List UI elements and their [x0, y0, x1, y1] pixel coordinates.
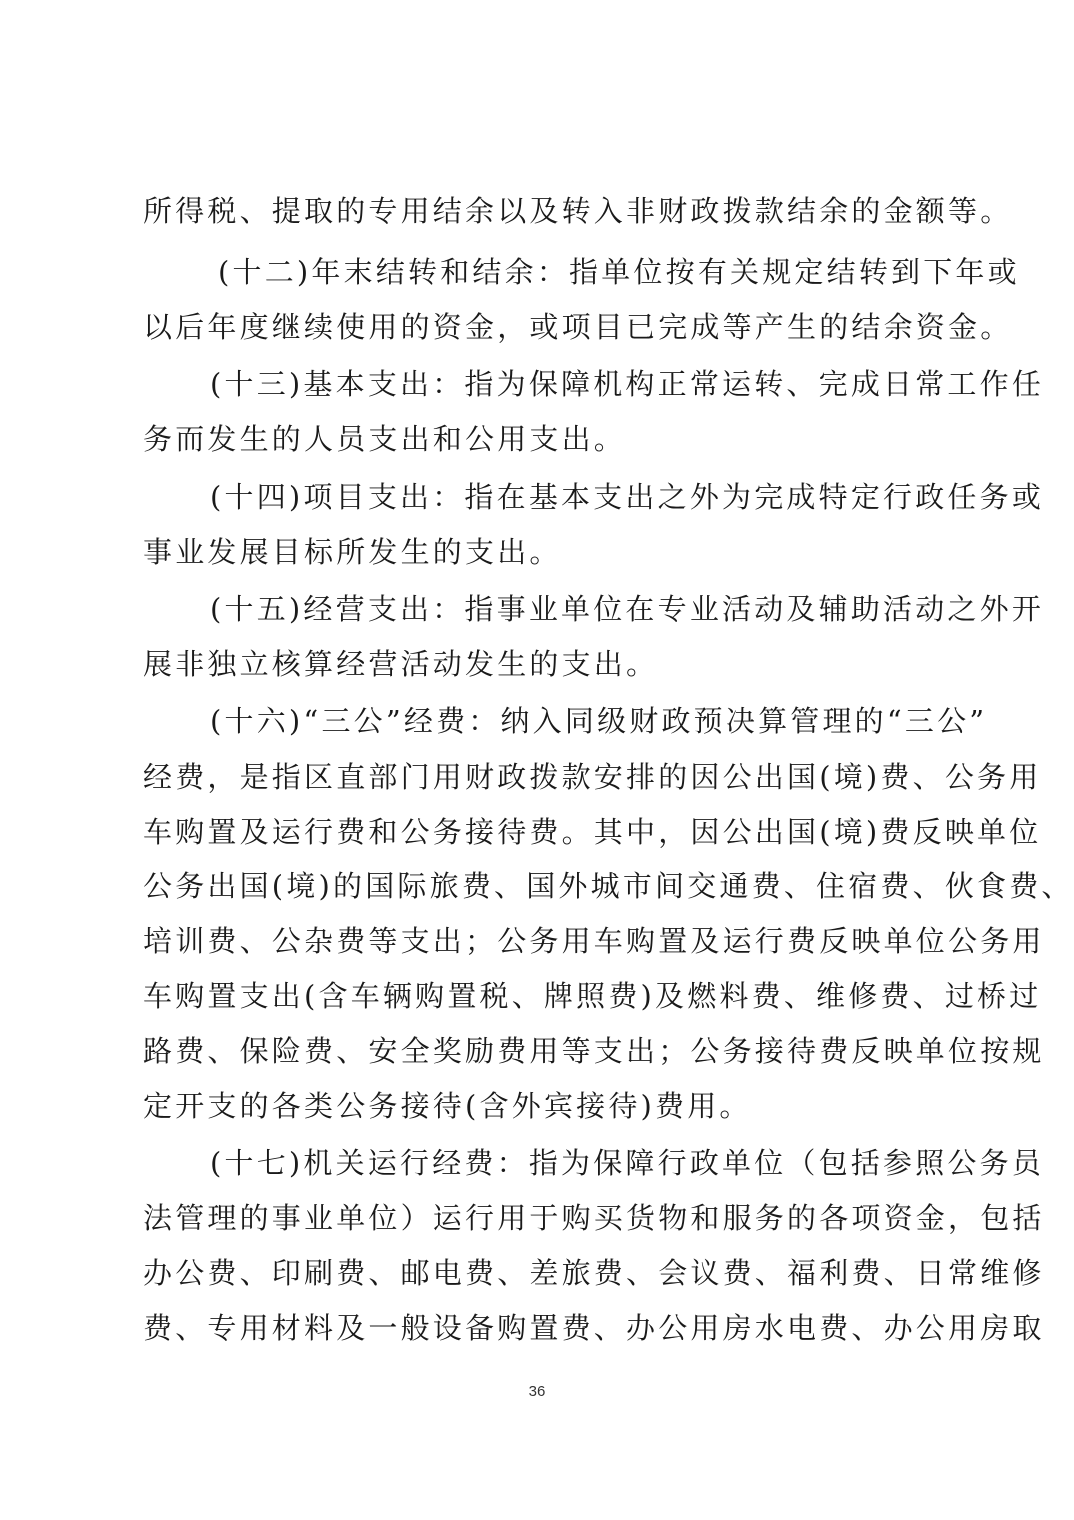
- text-line: (十三)基本支出：指为保障机构正常运转、完成日常工作任: [210, 364, 1010, 404]
- text-line: 所得税、提取的专用结余以及转入非财政拨款结余的金额等。: [143, 191, 943, 231]
- text-line: 经费，是指区直部门用财政拨款安排的因公出国(境)费、公务用: [143, 757, 943, 797]
- page-number: 36: [0, 1383, 1074, 1400]
- text-line: 车购置及运行费和公务接待费。其中，因公出国(境)费反映单位: [143, 812, 943, 852]
- text-line: 费、专用材料及一般设备购置费、办公用房水电费、办公用房取: [143, 1308, 943, 1348]
- text-line: (十七)机关运行经费：指为保障行政单位（包括参照公务员: [210, 1143, 1010, 1183]
- document-page: 所得税、提取的专用结余以及转入非财政拨款结余的金额等。 (十二)年末结转和结余：…: [0, 0, 1074, 1520]
- text-line: 法管理的事业单位）运行用于购买货物和服务的各项资金，包括: [143, 1198, 943, 1238]
- text-line: 展非独立核算经营活动发生的支出。: [143, 644, 943, 684]
- text-line: 培训费、公杂费等支出；公务用车购置及运行费反映单位公务用: [143, 921, 943, 961]
- text-line: 路费、保险费、安全奖励费用等支出；公务接待费反映单位按规: [143, 1031, 943, 1071]
- text-line: (十六)“三公”经费：纳入同级财政预决算管理的“三公”: [210, 701, 1010, 741]
- text-line: 以后年度继续使用的资金，或项目已完成等产生的结余资金。: [143, 307, 943, 347]
- text-line: 定开支的各类公务接待(含外宾接待)费用。: [143, 1086, 943, 1126]
- text-line: 务而发生的人员支出和公用支出。: [143, 419, 943, 459]
- text-line: 事业发展目标所发生的支出。: [143, 532, 943, 572]
- text-line: 车购置支出(含车辆购置税、牌照费)及燃料费、维修费、过桥过: [143, 976, 943, 1016]
- text-line: 办公费、印刷费、邮电费、差旅费、会议费、福利费、日常维修: [143, 1253, 943, 1293]
- text-line: (十五)经营支出：指事业单位在专业活动及辅助活动之外开: [210, 589, 1010, 629]
- text-line: (十四)项目支出：指在基本支出之外为完成特定行政任务或: [210, 477, 1010, 517]
- text-line: (十二)年末结转和结余：指单位按有关规定结转到下年或: [218, 252, 1018, 292]
- text-line: 公务出国(境)的国际旅费、国外城市间交通费、住宿费、伙食费、: [143, 866, 943, 906]
